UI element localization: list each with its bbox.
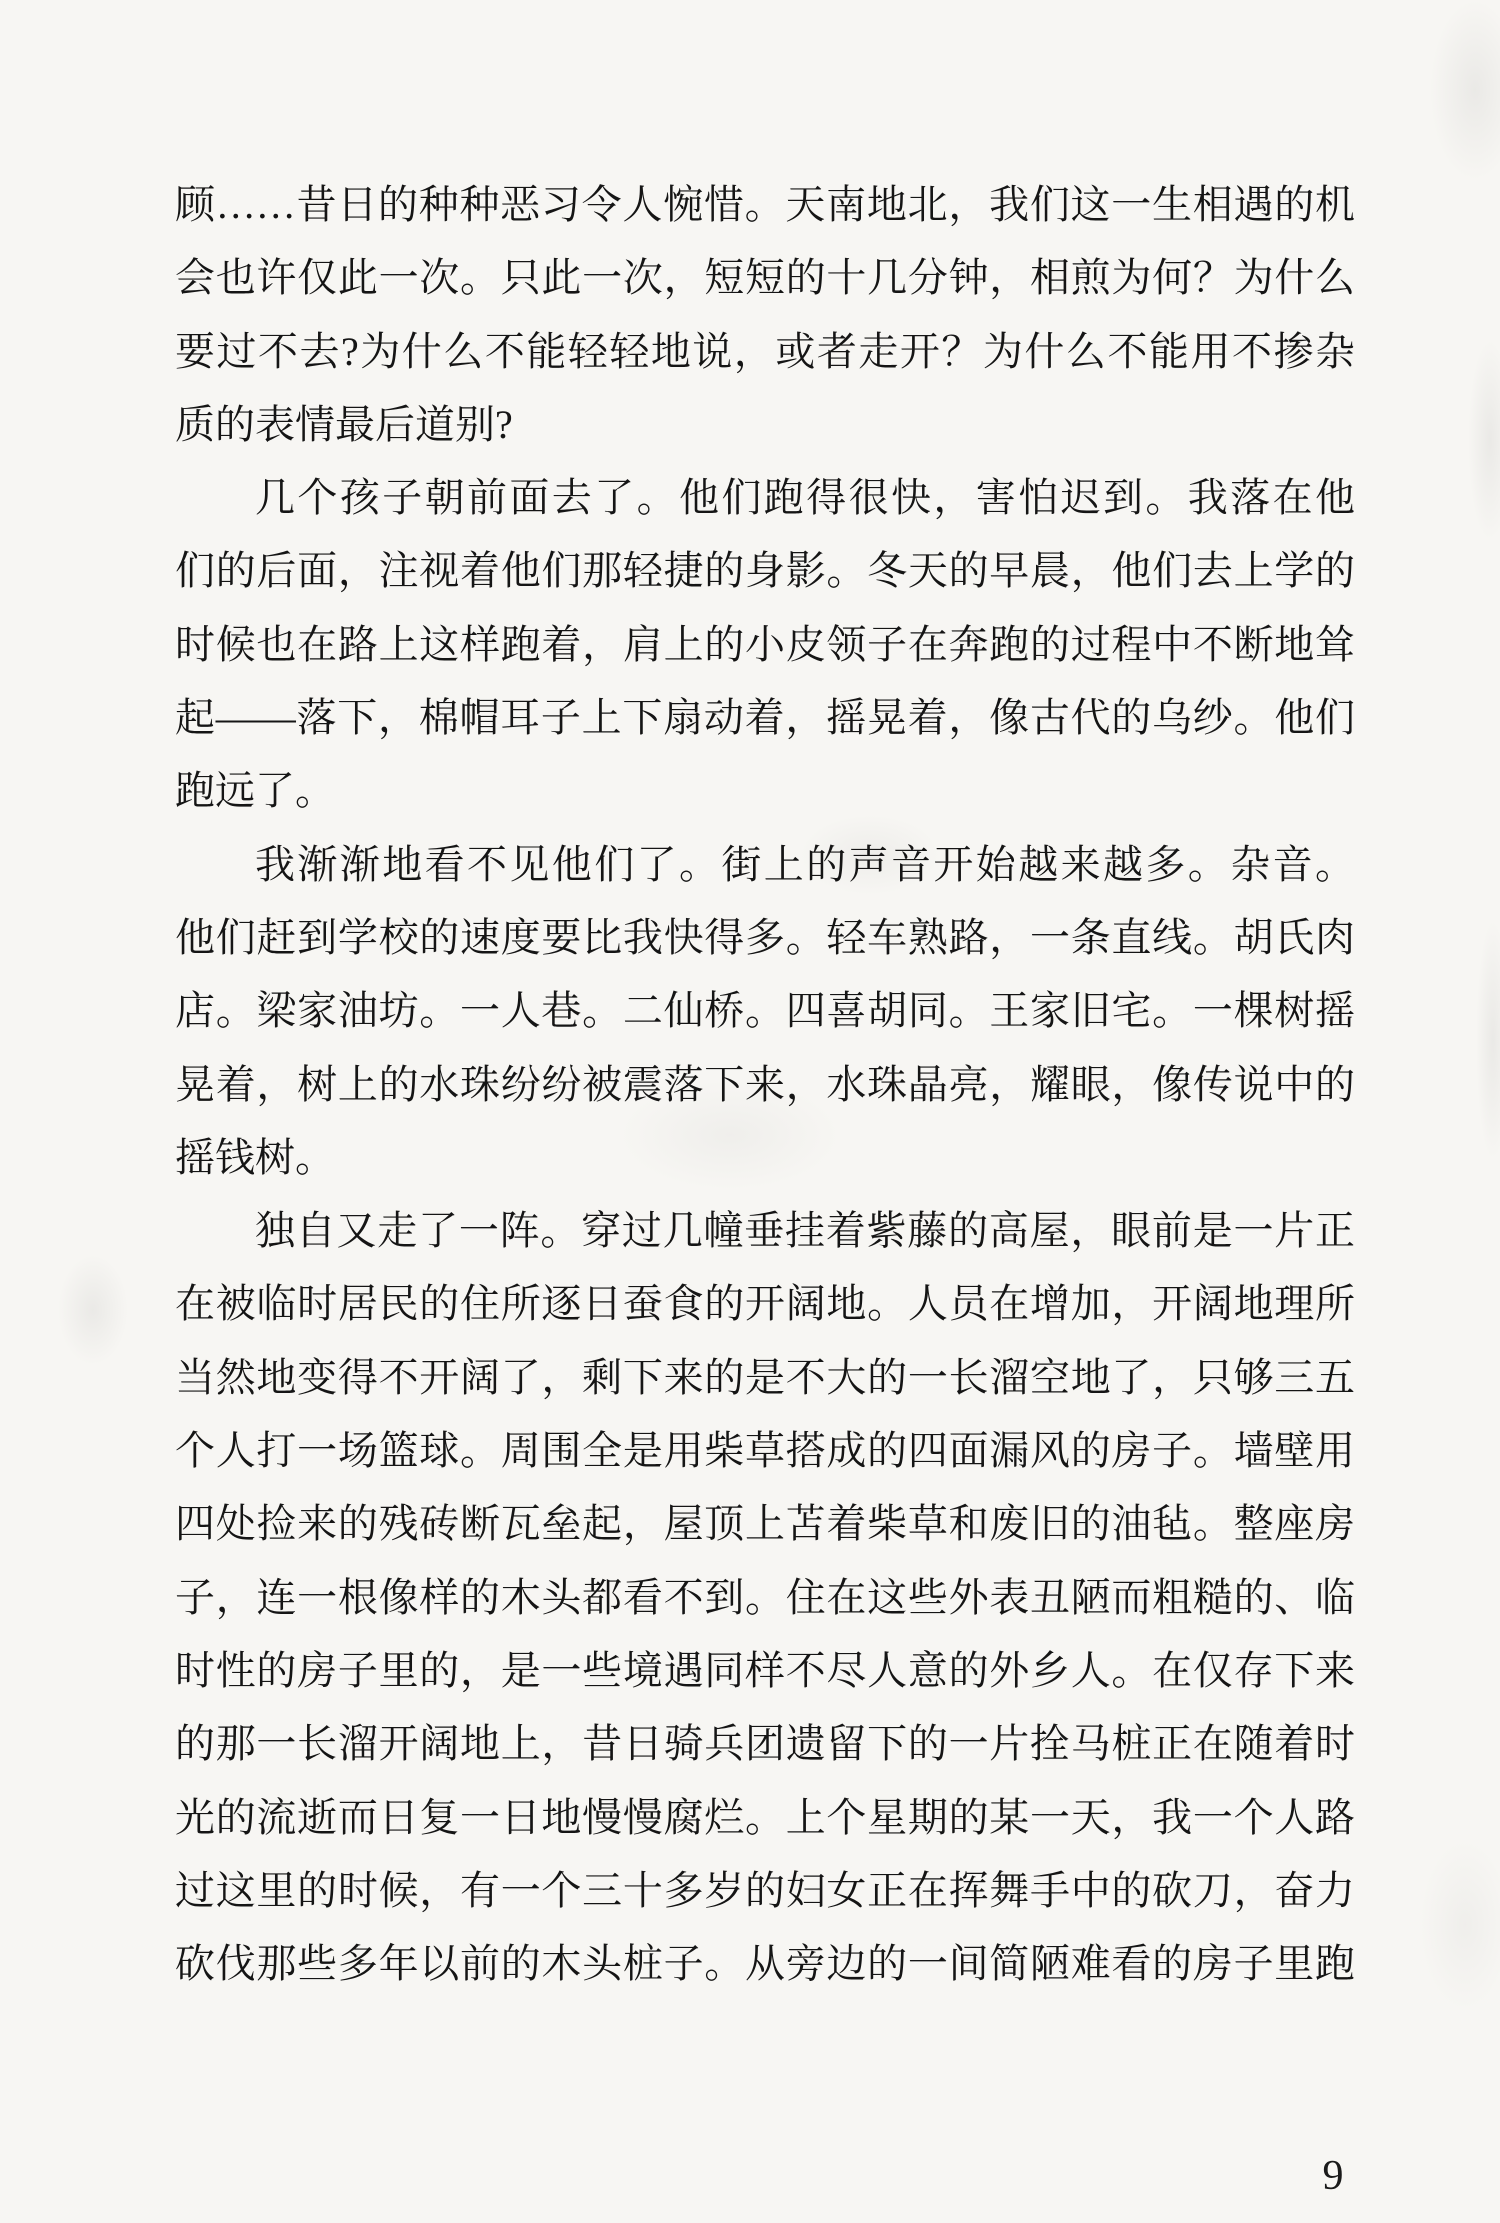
text-line: 四处捡来的残砖断瓦垒起，屋顶上苫着柴草和废旧的油毡。整座房 <box>175 1487 1355 1560</box>
scan-smudge <box>1420 1840 1500 2010</box>
text-line: 晃着，树上的水珠纷纷被震落下来，水珠晶亮，耀眼，像传说中的 <box>175 1048 1355 1121</box>
text-line: 要过不去?为什么不能轻轻地说，或者走开？为什么不能用不掺杂 <box>175 315 1355 388</box>
scan-smudge <box>1476 920 1500 1160</box>
text-line: 几个孩子朝前面去了。他们跑得很快，害怕迟到。我落在他 <box>175 461 1355 534</box>
text-line: 当然地变得不开阔了，剩下来的是不大的一长溜空地了，只够三五 <box>175 1341 1355 1414</box>
scan-smudge <box>1468 340 1500 540</box>
text-line: 我渐渐地看不见他们了。街上的声音开始越来越多。杂音。 <box>175 828 1355 901</box>
text-line: 子，连一根像样的木头都看不到。住在这些外表丑陋而粗糙的、临 <box>175 1561 1355 1634</box>
text-line: 顾……昔日的种种恶习令人惋惜。天南地北，我们这一生相遇的机 <box>175 168 1355 241</box>
text-line: 个人打一场篮球。周围全是用柴草搭成的四面漏风的房子。墙壁用 <box>175 1414 1355 1487</box>
text-line: 摇钱树。 <box>175 1121 1355 1194</box>
text-line: 质的表情最后道别? <box>175 388 1355 461</box>
book-page: 顾……昔日的种种恶习令人惋惜。天南地北，我们这一生相遇的机会也许仅此一次。只此一… <box>0 0 1500 2223</box>
text-line: 时候也在路上这样跑着，肩上的小皮领子在奔跑的过程中不断地耸 <box>175 608 1355 681</box>
text-line: 起——落下，棉帽耳子上下扇动着，摇晃着，像古代的乌纱。他们 <box>175 681 1355 754</box>
text-line: 独自又走了一阵。穿过几幢垂挂着紫藤的高屋，眼前是一片正 <box>175 1194 1355 1267</box>
text-line: 跑远了。 <box>175 754 1355 827</box>
scan-smudge <box>58 1255 128 1365</box>
text-line: 过这里的时候，有一个三十多岁的妇女正在挥舞手中的砍刀，奋力 <box>175 1854 1355 1927</box>
text-line: 会也许仅此一次。只此一次，短短的十几分钟，相煎为何？为什么 <box>175 241 1355 314</box>
text-line: 光的流逝而日复一日地慢慢腐烂。上个星期的某一天，我一个人路 <box>175 1781 1355 1854</box>
text-line: 们的后面，注视着他们那轻捷的身影。冬天的早晨，他们去上学的 <box>175 534 1355 607</box>
scan-smudge <box>1430 0 1500 180</box>
page-number: 9 <box>1303 2150 1363 2202</box>
text-line: 时性的房子里的，是一些境遇同样不尽人意的外乡人。在仅存下来 <box>175 1634 1355 1707</box>
text-line: 砍伐那些多年以前的木头桩子。从旁边的一间简陋难看的房子里跑 <box>175 1927 1355 2000</box>
text-line: 在被临时居民的住所逐日蚕食的开阔地。人员在增加，开阔地理所 <box>175 1267 1355 1340</box>
text-line: 店。梁家油坊。一人巷。二仙桥。四喜胡同。王家旧宅。一棵树摇 <box>175 974 1355 1047</box>
text-line: 他们赶到学校的速度要比我快得多。轻车熟路，一条直线。胡氏肉 <box>175 901 1355 974</box>
text-line: 的那一长溜开阔地上，昔日骑兵团遗留下的一片拴马桩正在随着时 <box>175 1707 1355 1780</box>
body-text: 顾……昔日的种种恶习令人惋惜。天南地北，我们这一生相遇的机会也许仅此一次。只此一… <box>175 168 1355 2000</box>
